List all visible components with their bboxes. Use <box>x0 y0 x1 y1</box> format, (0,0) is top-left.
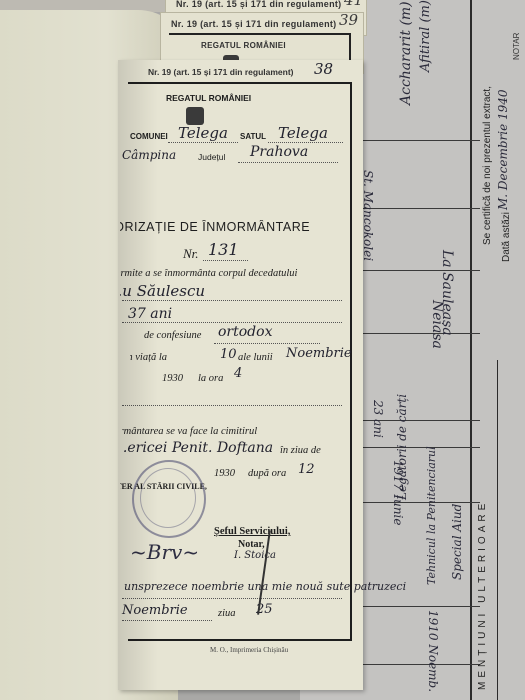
mentiuni-ulterioare-header: MENȚIUNI ULTERIOARE <box>477 500 488 690</box>
dotted-line <box>168 142 238 143</box>
day-label: în ziua de <box>280 445 321 456</box>
county-label: Județul <box>198 152 225 162</box>
form-number: 38 <box>314 60 333 78</box>
number-value: 131 <box>208 240 239 259</box>
form-number: 39 <box>339 11 358 29</box>
dotted-line <box>203 260 248 261</box>
date-label: Dată astăzi <box>501 212 512 262</box>
official-stamp-inner <box>140 468 196 528</box>
year2-value: 1930 <box>214 468 235 479</box>
coat-of-arms-icon <box>186 107 204 125</box>
village-value: Telega <box>278 124 328 142</box>
register-row-line <box>350 664 480 665</box>
notar-label: NOTAR <box>512 33 521 60</box>
register-entry: Special Aiud <box>450 504 464 580</box>
kingdom-label: REGATUL ROMÂNIEI <box>166 93 251 103</box>
died-day: 10 <box>220 347 237 362</box>
number-label: Nr. <box>183 246 199 262</box>
register-entry: 23 ani <box>371 400 385 438</box>
form-ref: Nr. 19 (art. 15 și 171 din regulament) <box>171 19 336 29</box>
register-row-line <box>350 140 480 141</box>
notary-label: Notar, <box>238 539 265 550</box>
month-label: ale lunii <box>238 352 273 363</box>
hour-label: la ora <box>198 373 223 384</box>
year-value: 1930 <box>162 373 183 384</box>
register-row-line <box>350 606 480 607</box>
after-hour-label: după ora <box>248 468 286 479</box>
printer-label: M. O., Imprimeria Chișinău <box>210 646 288 654</box>
register-entry: Acchararit (m) <box>398 1 414 105</box>
register-row-line <box>350 420 480 421</box>
dotted-line <box>268 142 343 143</box>
register-entry: 1910 Noemb. <box>426 610 440 692</box>
register-entry: St. Mancokolei <box>361 170 375 261</box>
register-row-line <box>350 333 480 334</box>
date-value: M. Decembrie 1940 <box>496 89 510 210</box>
died-month: Noembrie <box>286 346 352 361</box>
confession-value: ortodox <box>218 324 272 340</box>
form-ref: Nr. 19 (art. 15 și 171 din regulament) <box>148 67 294 77</box>
after-hour-value: 12 <box>298 462 315 477</box>
notary-signature: I. Stoica <box>234 550 276 561</box>
register-entry: Neiasa <box>429 300 445 349</box>
register-column-line <box>470 0 472 700</box>
register-entry: Legatorii de cărți <box>395 394 409 500</box>
register-row-line <box>350 447 480 448</box>
dotted-line <box>238 162 338 163</box>
form-ref: Nr. 19 (art. 15 și 171 din regulament) <box>176 0 341 9</box>
commune-value: Telega <box>178 124 228 142</box>
certification-text: Se certifică de noi prezentul extract, <box>482 86 493 245</box>
chief-label: Șeful Serviciului, <box>214 526 290 537</box>
register-column-line <box>497 360 498 700</box>
register-entry: Afitiral (m) <box>418 0 433 72</box>
village-label: SATUL <box>240 132 266 141</box>
county-value: Prahova <box>250 144 308 160</box>
form-number: 41 <box>344 0 363 9</box>
kingdom-label: REGATUL ROMÂNIEI <box>201 41 286 50</box>
dotted-line <box>214 343 320 344</box>
hour-value: 4 <box>234 366 242 381</box>
annotation-day-label: ziua <box>218 608 236 619</box>
register-entry: Tehnicul la Penitenciarul <box>425 446 438 585</box>
page-shadow <box>118 60 158 690</box>
register-row-line <box>350 270 480 271</box>
